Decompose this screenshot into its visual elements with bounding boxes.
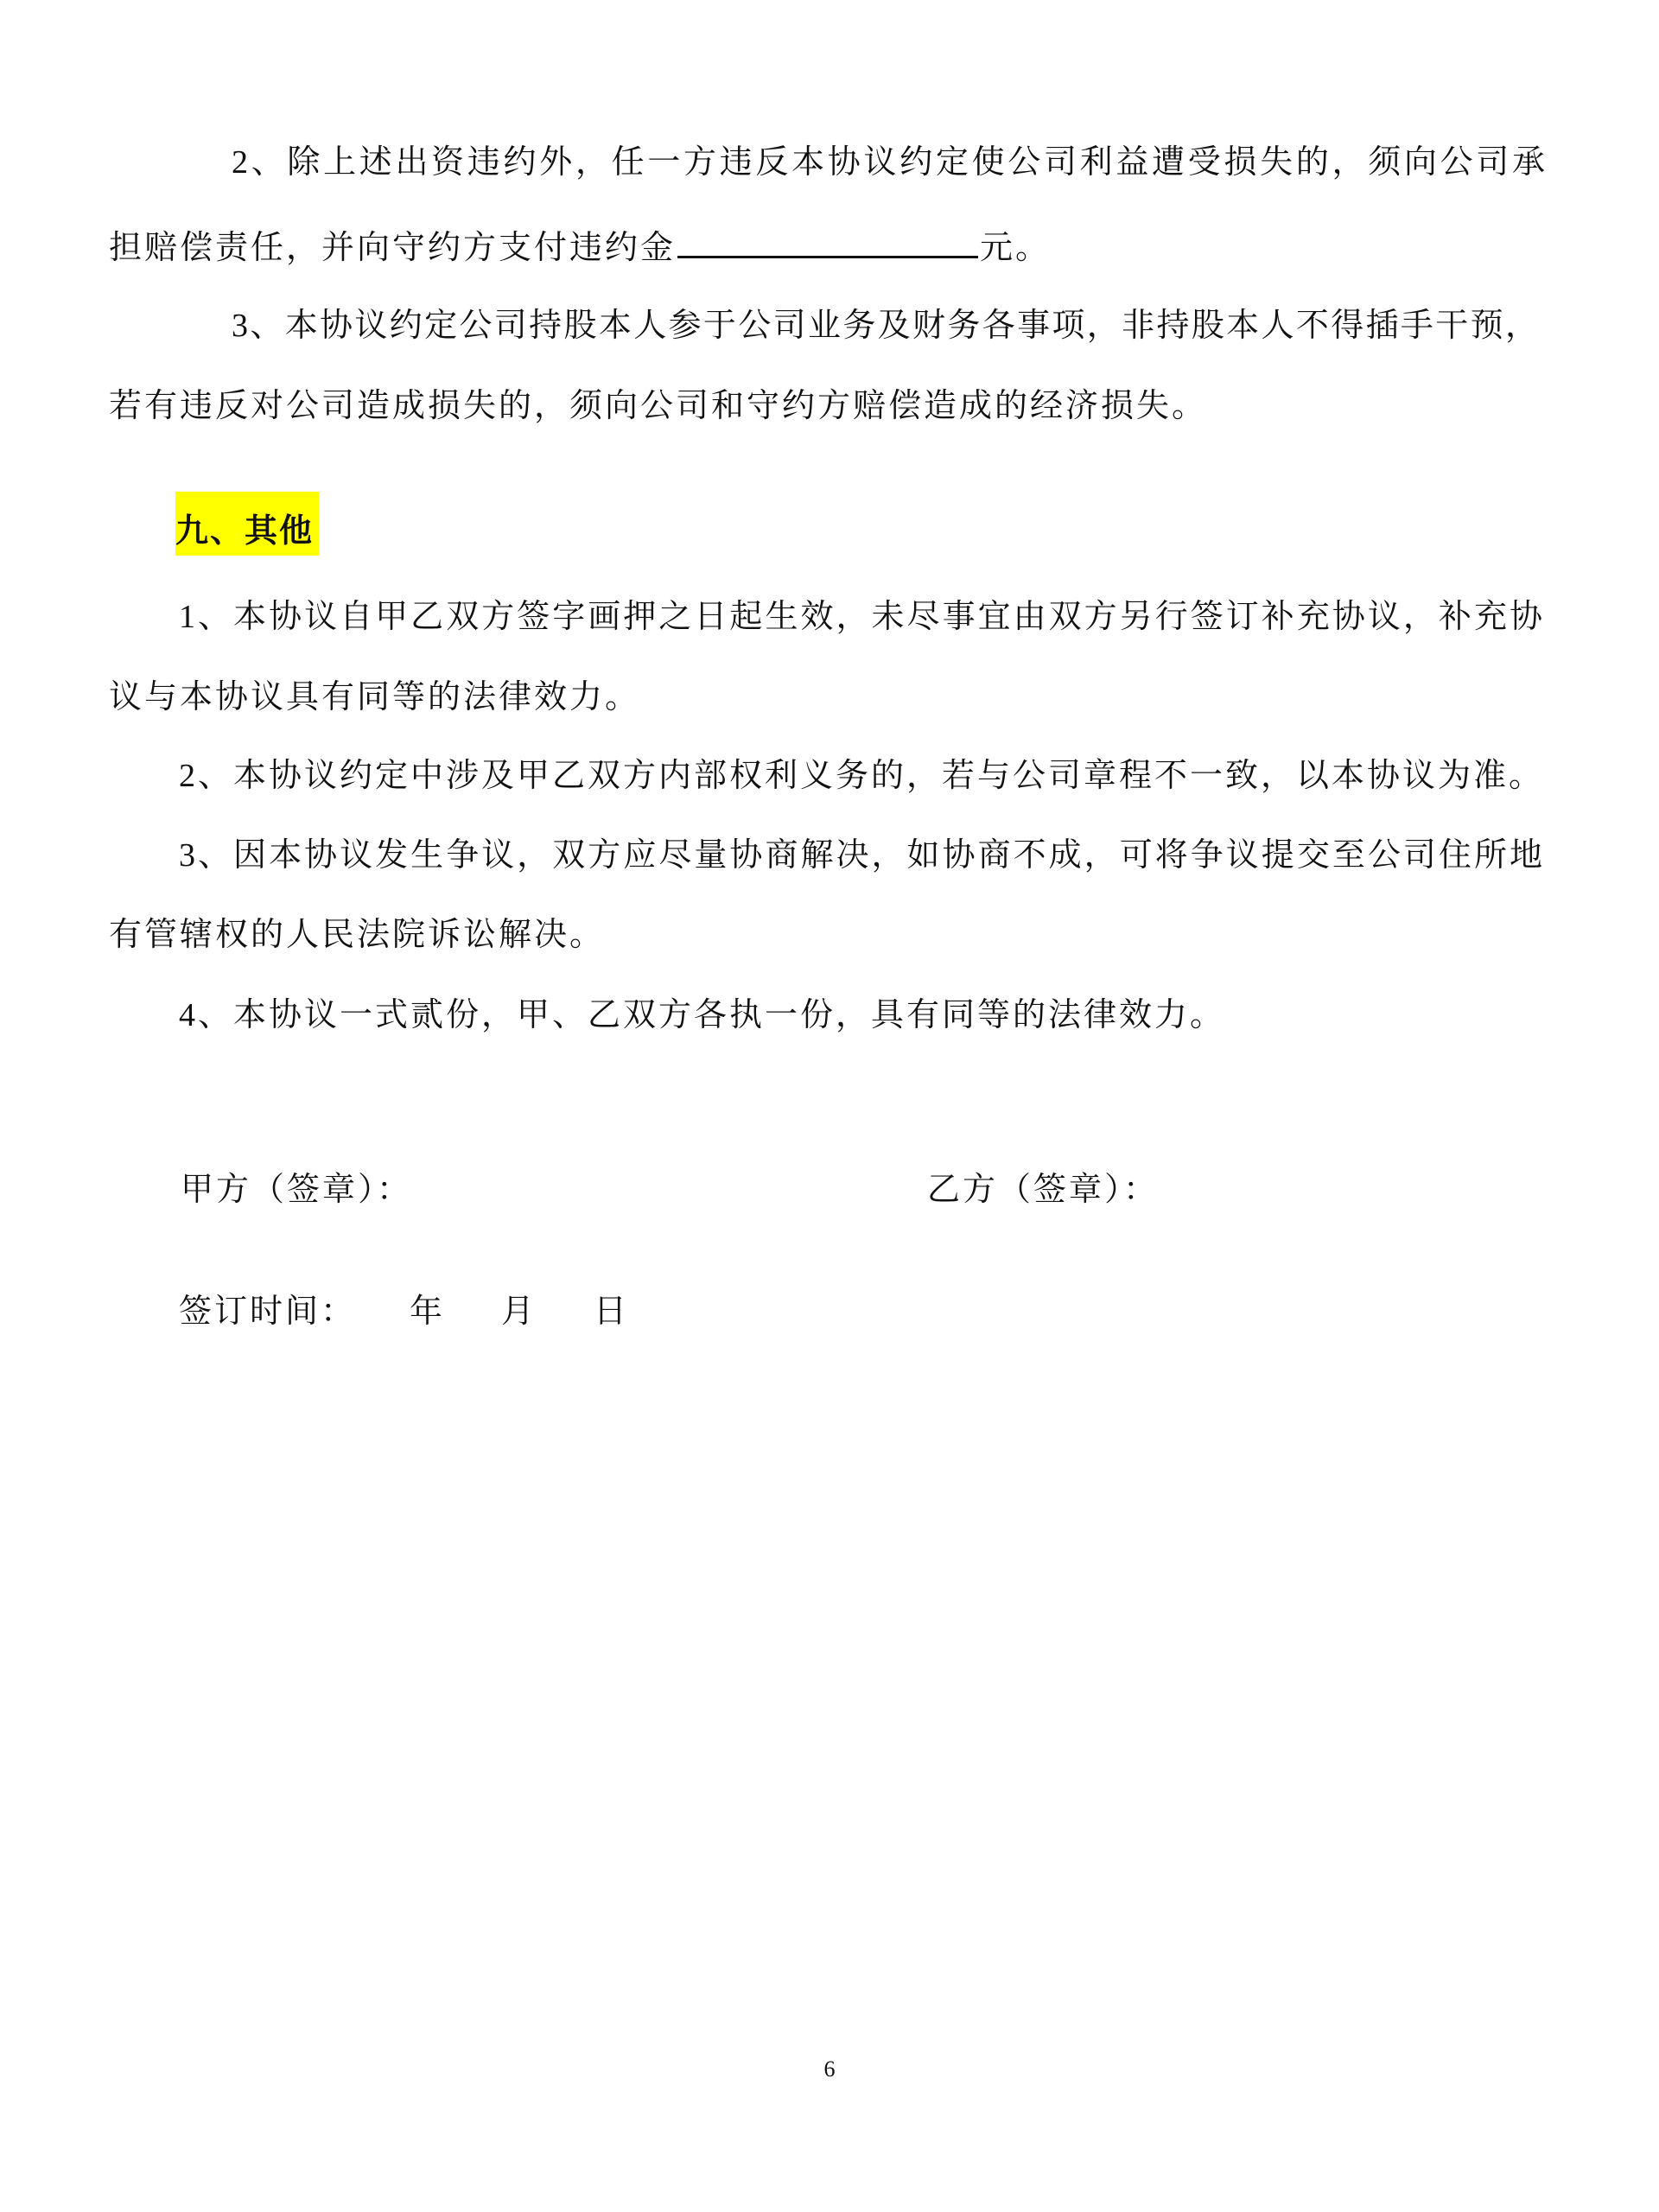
party-b-signature-label: 乙方（签章）： [927,1171,1159,1209]
section-heading-others: 九、其他 [175,492,319,556]
s9-item3-line1: 3、因本协议发生争议，双方应尽量协商解决，如协商不成，可将争议提交至公司住所地 [179,836,1542,874]
s8-item3-line2: 若有违反对公司造成损失的，须向公司和守约方赔偿造成的经济损失。 [109,387,1207,425]
s8-item2-line2-text: 担赔偿责任，并向守约方支付违约金 [109,230,676,266]
s9-item4-line1: 4、本协议一式贰份，甲、乙双方各执一份，具有同等的法律效力。 [179,996,1225,1034]
date-month-label: 月 [501,1293,534,1331]
party-a-signature-label: 甲方（签章）： [181,1171,412,1209]
signing-date-label: 签订时间： [179,1293,356,1331]
s9-item3-line2: 有管辖权的人民法院诉讼解决。 [109,916,605,954]
s9-item1-line1: 1、本协议自甲乙双方签字画押之日起生效，未尽事宜由双方另行签订补充协议，补充协 [179,598,1542,636]
date-year-label: 年 [410,1293,442,1331]
date-day-label: 日 [594,1293,626,1331]
s8-item2-line2: 担赔偿责任，并向守约方支付违约金元。 [109,226,1051,264]
s9-item1-line2: 议与本协议具有同等的法律效力。 [109,678,640,716]
s8-item3-line1: 3、本协议约定公司持股本人参于公司业务及财务各事项，非持股本人不得插手干预， [232,307,1538,345]
penalty-amount-blank [677,226,978,258]
section-heading-text: 九、其他 [175,512,319,550]
s8-item2-line2-suffix: 元。 [980,230,1051,266]
s8-item2-line1: 2、除上述出资违约外，任一方违反本协议约定使公司利益遭受损失的，须向公司承 [232,143,1545,181]
s9-item2-line1: 2、本协议约定中涉及甲乙双方内部权利义务的，若与公司章程不一致，以本协议为准。 [179,757,1544,795]
document-page: 2、除上述出资违约外，任一方违反本协议约定使公司利益遭受损失的，须向公司承 担赔… [0,0,1659,2212]
page-number: 6 [816,2056,843,2082]
